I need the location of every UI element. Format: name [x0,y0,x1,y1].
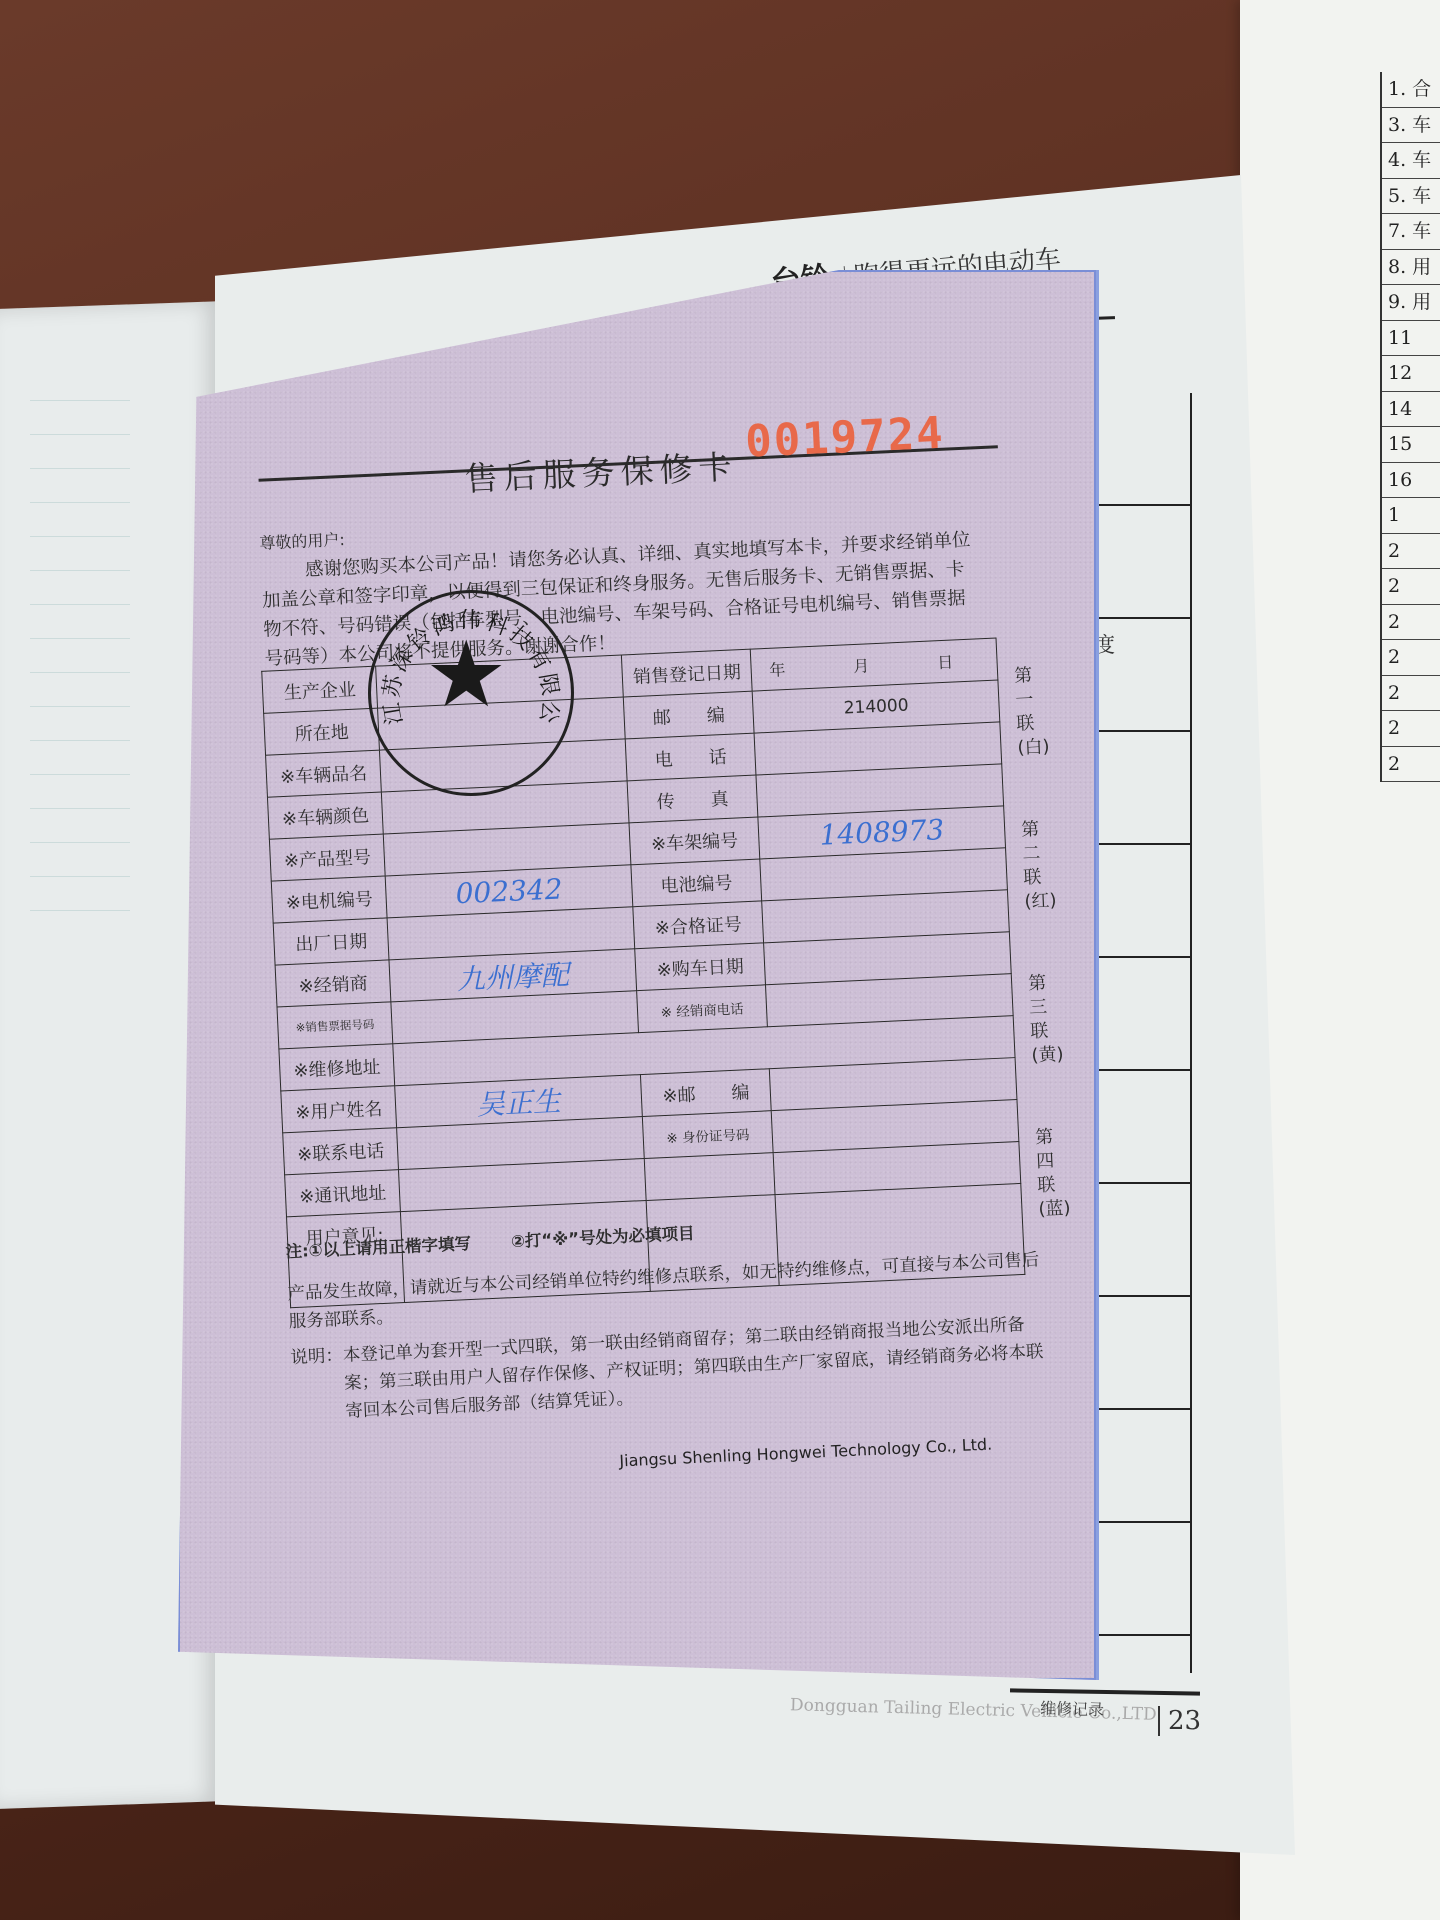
list-item: 16 [1382,463,1440,499]
list-item: 9. 用 [1382,285,1440,321]
list-item: 2 [1382,534,1440,570]
copy-label: 第二联(红) [1021,817,1051,914]
field-label: ※邮 编 [640,1069,771,1117]
field-label: ※车辆颜色 [267,792,383,839]
field-label: 出厂日期 [273,918,389,965]
list-item: 2 [1382,569,1440,605]
field-label: ※用户姓名 [281,1086,397,1133]
notes: 注:①以上请用正楷字填写②打“※”号处为必填项目 产品发生故障，请就近与本公司经… [285,1204,1053,1436]
field-label: 传 真 [627,775,758,823]
list-item: 12 [1382,356,1440,392]
note-2: ②打“※”号处为必填项目 [511,1224,695,1251]
company-seal: 江苏深铃鸿伟科技有限公司 ★ [368,590,574,796]
note-1: 注:①以上请用正楷字填写 [285,1234,471,1261]
list-item: 2 [1382,676,1440,712]
field-label: 电池编号 [631,859,762,907]
field-label: ※销售票据号码 [277,1002,393,1049]
field-label: ※电机编号 [271,876,387,923]
copy-label: 第一联(白) [1014,664,1044,761]
field-label: ※ 经销商电话 [637,985,768,1033]
list-item: 14 [1382,392,1440,428]
field-label: 电 话 [625,733,756,781]
list-item: 1. 合 [1382,72,1440,108]
field-label: ※ 身份证号码 [642,1111,773,1159]
list-item: 2 [1382,747,1440,783]
field-label [644,1153,775,1201]
list-item: 2 [1382,605,1440,641]
section-label: 维修记录 [1040,1696,1105,1721]
field-label: ※车架编号 [629,817,760,865]
list-item: 3. 车 [1382,108,1440,144]
list-item: 1 [1382,498,1440,534]
list-item: 2 [1382,640,1440,676]
list-item: 2 [1382,711,1440,747]
serial-number: 0019724 [744,408,946,468]
field-label: 邮 编 [623,691,754,739]
list-item: 15 [1382,427,1440,463]
field-label: ※车辆品名 [266,750,382,797]
field-label: ※联系电话 [283,1128,399,1175]
field-label: ※购车日期 [635,943,766,991]
list-item: 11 [1382,321,1440,357]
list-item: 7. 车 [1382,214,1440,250]
list-item: 8. 用 [1382,250,1440,286]
right-sheet-list: 1. 合3. 车4. 车5. 车7. 车8. 用9. 用111214151612… [1380,72,1440,782]
field-label: ※合格证号 [633,901,764,949]
field-label: ※产品型号 [269,834,385,881]
field-label: ※通讯地址 [285,1170,401,1217]
field-label: 生产企业 [262,666,378,713]
star-icon: ★ [425,629,507,721]
list-item: 5. 车 [1382,179,1440,215]
copy-label: 第三联(黄) [1028,971,1058,1068]
left-page-grid [30,400,130,920]
list-item: 4. 车 [1382,143,1440,179]
field-label: 所在地 [264,708,380,755]
page-number: 23 [1158,1706,1201,1736]
field-label: ※经销商 [275,960,391,1007]
field-label: ※维修地址 [279,1044,395,1091]
field-label: 销售登记日期 [621,649,752,697]
